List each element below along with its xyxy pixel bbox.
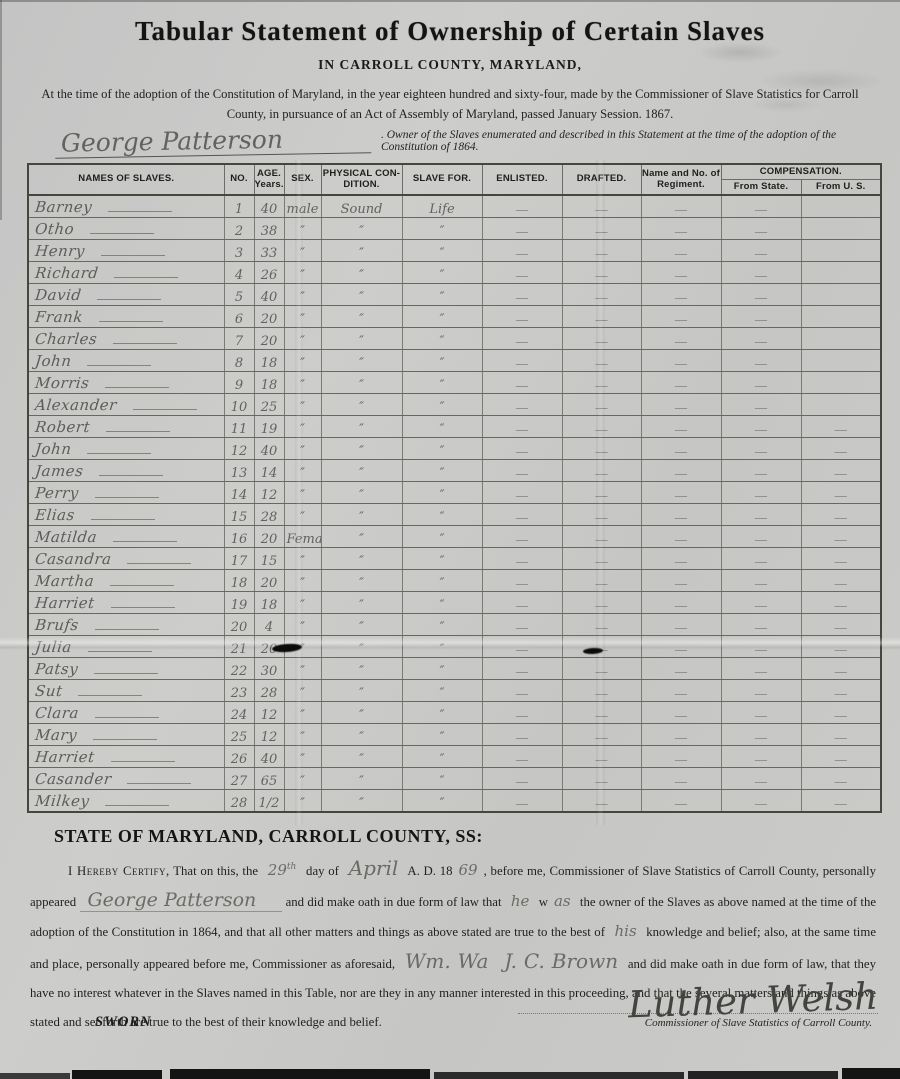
cell-drafted: — (562, 327, 641, 349)
cell-regiment: — (641, 217, 721, 239)
handwritten-year: 69 (453, 861, 484, 879)
cell-regiment: — (641, 459, 721, 481)
cell-name: Charles (28, 327, 224, 349)
cert-seg3: A. D. 18 (407, 864, 452, 878)
cell-name: Robert (28, 415, 224, 437)
cell-drafted: — (562, 217, 641, 239)
cell-age: 20 (254, 327, 284, 349)
name-flourish (88, 651, 152, 652)
cell-from-state: — (721, 437, 801, 459)
cell-condition: ″ (321, 393, 402, 415)
cell-condition: ″ (321, 459, 402, 481)
cell-enlisted: — (482, 371, 562, 393)
cell-condition: ″ (321, 503, 402, 525)
name-flourish (95, 497, 159, 498)
cell-age: 12 (254, 701, 284, 723)
cell-no: 16 (224, 525, 254, 547)
name-flourish (78, 695, 142, 696)
cell-condition: ″ (321, 349, 402, 371)
cell-enlisted: — (482, 635, 562, 657)
cell-sex: ″ (284, 371, 321, 393)
cell-sex: ″ (284, 503, 321, 525)
cell-no: 27 (224, 767, 254, 789)
name-flourish (106, 431, 170, 432)
cell-from-us: — (801, 481, 881, 503)
cell-name: Henry (28, 239, 224, 261)
cell-from-us: — (801, 437, 881, 459)
cell-condition: ″ (321, 657, 402, 679)
cell-regiment: — (641, 789, 721, 812)
cell-enlisted: — (482, 613, 562, 635)
handwritten-month: April (343, 856, 405, 880)
cell-no: 12 (224, 437, 254, 459)
name-flourish (127, 783, 191, 784)
cell-condition: ″ (321, 679, 402, 701)
cell-age: 38 (254, 217, 284, 239)
name-flourish (101, 255, 165, 256)
cell-drafted: — (562, 723, 641, 745)
col-header-regiment: Name and No. of Regiment. (641, 164, 721, 195)
cell-sex: Femal (284, 525, 321, 547)
cell-sex: ″ (284, 217, 321, 239)
cell-name: Casandra (28, 547, 224, 569)
col-header-regiment-line2: Regiment. (657, 179, 705, 190)
cell-age: 26 (254, 261, 284, 283)
cell-sex: ″ (284, 723, 321, 745)
cell-from-state: — (721, 371, 801, 393)
cell-enlisted: — (482, 525, 562, 547)
cell-from-us (801, 349, 881, 371)
table-body: Barney 1 40 male Sound Life — — — — Otho (28, 195, 881, 812)
cell-from-us (801, 327, 881, 349)
cell-sex: ″ (284, 437, 321, 459)
cell-condition: ″ (321, 635, 402, 657)
cell-from-state: — (721, 723, 801, 745)
cell-regiment: — (641, 701, 721, 723)
cell-no: 19 (224, 591, 254, 613)
cell-enlisted: — (482, 239, 562, 261)
col-header-from-us: From U. S. (801, 179, 881, 194)
cell-slave-for: ″ (402, 371, 482, 393)
cell-from-state: — (721, 767, 801, 789)
slave-table: NAMES OF SLAVES. NO. AGE. Years. SEX. PH… (27, 163, 882, 813)
cell-age: 1/2 (254, 789, 284, 812)
cell-from-us (801, 239, 881, 261)
col-header-age: AGE. Years. (254, 164, 284, 195)
table-row: John 8 18 ″ ″ ″ — — — — (28, 349, 881, 371)
cell-from-us (801, 195, 881, 218)
cell-age: 18 (254, 371, 284, 393)
cell-from-state: — (721, 305, 801, 327)
cell-no: 22 (224, 657, 254, 679)
cell-condition: ″ (321, 371, 402, 393)
cell-drafted: — (562, 745, 641, 767)
cell-no: 9 (224, 371, 254, 393)
cell-enlisted: — (482, 679, 562, 701)
cell-regiment: — (641, 525, 721, 547)
name-flourish (105, 805, 169, 806)
cell-sex: ″ (284, 547, 321, 569)
cell-regiment: — (641, 283, 721, 305)
cell-enlisted: — (482, 591, 562, 613)
cell-enlisted: — (482, 261, 562, 283)
cell-drafted: — (562, 349, 641, 371)
cell-drafted: — (562, 239, 641, 261)
name-flourish (133, 409, 197, 410)
cell-sex: ″ (284, 349, 321, 371)
cell-slave-for: ″ (402, 283, 482, 305)
owner-name-handwritten: George Patterson (55, 125, 371, 159)
cell-regiment: — (641, 371, 721, 393)
cell-name: Harriet (28, 591, 224, 613)
cell-from-us: — (801, 415, 881, 437)
name-flourish (94, 673, 158, 674)
cell-name: Brufs (28, 613, 224, 635)
cell-sex: ″ (284, 481, 321, 503)
table-row: John 12 40 ″ ″ ″ — — — — — (28, 437, 881, 459)
cell-condition: ″ (321, 789, 402, 812)
cell-slave-for: ″ (402, 481, 482, 503)
cell-condition: ″ (321, 305, 402, 327)
cell-from-us: — (801, 789, 881, 812)
name-flourish (99, 475, 163, 476)
cell-regiment: — (641, 723, 721, 745)
cert-seg6: w (539, 895, 548, 909)
cell-no: 15 (224, 503, 254, 525)
cell-regiment: — (641, 503, 721, 525)
name-flourish (127, 563, 191, 564)
cell-drafted: — (562, 613, 641, 635)
cell-name: Elias (28, 503, 224, 525)
cell-regiment: — (641, 415, 721, 437)
cell-sex: ″ (284, 261, 321, 283)
handwritten-owner-name: George Patterson (80, 889, 283, 912)
cell-drafted: — (562, 459, 641, 481)
cell-drafted: — (562, 393, 641, 415)
cell-name: Milkey (28, 789, 224, 812)
owner-line: George Patterson . Owner of the Slaves e… (55, 128, 882, 156)
cell-name: Otho (28, 217, 224, 239)
cell-condition: ″ (321, 239, 402, 261)
name-flourish (110, 585, 174, 586)
cell-sex: ″ (284, 569, 321, 591)
cell-enlisted: — (482, 415, 562, 437)
cell-sex: ″ (284, 745, 321, 767)
cell-enlisted: — (482, 283, 562, 305)
cell-sex: ″ (284, 701, 321, 723)
cell-enlisted: — (482, 459, 562, 481)
cell-regiment: — (641, 481, 721, 503)
cell-age: 20 (254, 569, 284, 591)
cell-slave-for: ″ (402, 459, 482, 481)
cell-slave-for: ″ (402, 437, 482, 459)
cell-age: 25 (254, 393, 284, 415)
col-header-age-line2: Years. (255, 179, 284, 190)
cell-no: 3 (224, 239, 254, 261)
cell-age: 30 (254, 657, 284, 679)
col-header-enlisted: ENLISTED. (482, 164, 562, 195)
cell-condition: ″ (321, 525, 402, 547)
cell-enlisted: — (482, 745, 562, 767)
certify-intro: I Hereby Certify, (68, 864, 170, 878)
cell-slave-for: ″ (402, 547, 482, 569)
cell-age: 33 (254, 239, 284, 261)
cell-drafted: — (562, 371, 641, 393)
cell-slave-for: ″ (402, 657, 482, 679)
cell-from-state: — (721, 349, 801, 371)
cell-from-us (801, 371, 881, 393)
cell-name: Patsy (28, 657, 224, 679)
handwritten-witness2: J. C. Brown (498, 949, 624, 973)
cell-from-us (801, 305, 881, 327)
cell-from-us: — (801, 547, 881, 569)
cell-enlisted: — (482, 547, 562, 569)
name-flourish (113, 343, 177, 344)
cell-regiment: — (641, 591, 721, 613)
cell-regiment: — (641, 349, 721, 371)
signature-block: Luther Welsh Commissioner of Slave Stati… (518, 984, 878, 1029)
cell-from-us: — (801, 525, 881, 547)
cell-condition: ″ (321, 481, 402, 503)
cell-age: 12 (254, 723, 284, 745)
cell-no: 4 (224, 261, 254, 283)
cell-no: 5 (224, 283, 254, 305)
table-row: Harriet 19 18 ″ ″ ″ — — — — — (28, 591, 881, 613)
slave-table-wrapper: NAMES OF SLAVES. NO. AGE. Years. SEX. PH… (27, 163, 880, 813)
handwritten-day: 29th (262, 861, 303, 879)
cell-slave-for: ″ (402, 393, 482, 415)
cell-from-us (801, 393, 881, 415)
name-flourish (99, 321, 163, 322)
cell-drafted: — (562, 591, 641, 613)
cell-condition: ″ (321, 261, 402, 283)
cell-from-us: — (801, 613, 881, 635)
cell-name: Julia (28, 635, 224, 657)
name-flourish (111, 761, 175, 762)
cell-from-state: — (721, 679, 801, 701)
cell-from-state: — (721, 195, 801, 218)
cell-age: 28 (254, 503, 284, 525)
cell-from-state: — (721, 657, 801, 679)
cell-no: 26 (224, 745, 254, 767)
cell-from-us: — (801, 723, 881, 745)
cell-name: Clara (28, 701, 224, 723)
cell-slave-for: ″ (402, 503, 482, 525)
cell-name: Harriet (28, 745, 224, 767)
document-page: Tabular Statement of Ownership of Certai… (0, 0, 900, 1079)
scan-edge-strip (0, 1065, 900, 1079)
cell-from-state: — (721, 481, 801, 503)
preamble: At the time of the adoption of the Const… (36, 85, 864, 124)
cell-name: Morris (28, 371, 224, 393)
cell-slave-for: ″ (402, 723, 482, 745)
cell-drafted: — (562, 569, 641, 591)
cell-no: 10 (224, 393, 254, 415)
cell-slave-for: ″ (402, 327, 482, 349)
cell-from-state: — (721, 239, 801, 261)
cell-condition: ″ (321, 547, 402, 569)
col-header-sex: SEX. (284, 164, 321, 195)
document-header: Tabular Statement of Ownership of Certai… (0, 16, 900, 124)
sworn-label: SWORN (95, 1014, 152, 1031)
name-flourish (95, 717, 159, 718)
table-row: Martha 18 20 ″ ″ ″ — — — — — (28, 569, 881, 591)
col-header-physical-line1: PHYSICAL CON- (323, 168, 400, 179)
cell-slave-for: ″ (402, 239, 482, 261)
cell-drafted: — (562, 305, 641, 327)
name-flourish (114, 277, 178, 278)
table-row: Barney 1 40 male Sound Life — — — — (28, 195, 881, 218)
page-title: Tabular Statement of Ownership of Certai… (0, 16, 900, 47)
cell-slave-for: ″ (402, 261, 482, 283)
name-flourish (87, 453, 151, 454)
cell-enlisted: — (482, 657, 562, 679)
cell-slave-for: ″ (402, 569, 482, 591)
cell-sex: ″ (284, 327, 321, 349)
cell-from-us: — (801, 679, 881, 701)
cell-from-state: — (721, 547, 801, 569)
cell-no: 11 (224, 415, 254, 437)
cell-from-us (801, 261, 881, 283)
cell-sex: ″ (284, 459, 321, 481)
cell-age: 20 (254, 525, 284, 547)
cell-no: 28 (224, 789, 254, 812)
cell-drafted: — (562, 283, 641, 305)
cell-name: Frank (28, 305, 224, 327)
cell-drafted: — (562, 789, 641, 812)
name-flourish (95, 629, 159, 630)
cell-no: 21 (224, 635, 254, 657)
cell-condition: ″ (321, 569, 402, 591)
cell-sex: ″ (284, 679, 321, 701)
cell-no: 6 (224, 305, 254, 327)
cell-regiment: — (641, 767, 721, 789)
cell-from-state: — (721, 613, 801, 635)
cell-age: 18 (254, 349, 284, 371)
cell-name: Matilda (28, 525, 224, 547)
cell-slave-for: ″ (402, 789, 482, 812)
cell-regiment: — (641, 635, 721, 657)
cell-slave-for: Life (402, 195, 482, 218)
cell-slave-for: ″ (402, 217, 482, 239)
cell-sex: ″ (284, 591, 321, 613)
cell-enlisted: — (482, 393, 562, 415)
cell-enlisted: — (482, 789, 562, 812)
cert-seg1: That on this, the (173, 864, 258, 878)
cell-drafted: — (562, 525, 641, 547)
cell-enlisted: — (482, 701, 562, 723)
cell-sex: ″ (284, 283, 321, 305)
cell-condition: Sound (321, 195, 402, 218)
cell-sex: ″ (284, 635, 321, 657)
cell-no: 13 (224, 459, 254, 481)
cell-from-state: — (721, 525, 801, 547)
col-header-regiment-line1: Name and No. of (642, 168, 720, 179)
cell-sex: ″ (284, 613, 321, 635)
name-flourish (108, 211, 172, 212)
cell-slave-for: ″ (402, 349, 482, 371)
cell-slave-for: ″ (402, 767, 482, 789)
cell-enlisted: — (482, 327, 562, 349)
cell-condition: ″ (321, 217, 402, 239)
cell-from-us: — (801, 701, 881, 723)
cell-age: 20 (254, 635, 284, 657)
col-header-drafted: DRAFTED. (562, 164, 641, 195)
cell-enlisted: — (482, 481, 562, 503)
cell-slave-for: ″ (402, 635, 482, 657)
cell-age: 14 (254, 459, 284, 481)
cell-from-state: — (721, 591, 801, 613)
cell-condition: ″ (321, 415, 402, 437)
cell-no: 24 (224, 701, 254, 723)
cell-from-us: — (801, 745, 881, 767)
cell-name: Richard (28, 261, 224, 283)
cell-from-state: — (721, 459, 801, 481)
cell-slave-for: ″ (402, 591, 482, 613)
cell-from-us: — (801, 591, 881, 613)
cell-from-us: — (801, 635, 881, 657)
cell-condition: ″ (321, 767, 402, 789)
cell-slave-for: ″ (402, 525, 482, 547)
cell-name: Perry (28, 481, 224, 503)
cell-no: 17 (224, 547, 254, 569)
cell-slave-for: ″ (402, 415, 482, 437)
cell-no: 20 (224, 613, 254, 635)
cell-from-state: — (721, 789, 801, 812)
cell-drafted: — (562, 701, 641, 723)
name-flourish (87, 365, 151, 366)
table-row: Matilda 16 20 Femal ″ ″ — — — — — (28, 525, 881, 547)
cell-no: 8 (224, 349, 254, 371)
cell-regiment: — (641, 195, 721, 218)
owner-caption: . Owner of the Slaves enumerated and des… (371, 129, 882, 156)
cell-from-state: — (721, 745, 801, 767)
table-row: Mary 25 12 ″ ″ ″ — — — — — (28, 723, 881, 745)
cell-name: Barney (28, 195, 224, 218)
cell-slave-for: ″ (402, 305, 482, 327)
col-header-physical: PHYSICAL CON- DITION. (321, 164, 402, 195)
cell-regiment: — (641, 239, 721, 261)
cell-age: 40 (254, 283, 284, 305)
cell-drafted: — (562, 437, 641, 459)
table-row: Clara 24 12 ″ ″ ″ — — — — — (28, 701, 881, 723)
cell-from-us: — (801, 657, 881, 679)
cell-regiment: — (641, 305, 721, 327)
col-header-no: NO. (224, 164, 254, 195)
cell-drafted: — (562, 261, 641, 283)
cell-from-us (801, 217, 881, 239)
certificate-heading: STATE OF MARYLAND, CARROLL COUNTY, SS: (54, 826, 876, 847)
cell-enlisted: — (482, 437, 562, 459)
cert-seg5: and did make oath in due form of law tha… (286, 895, 502, 909)
col-header-from-state: From State. (721, 179, 801, 194)
cell-from-us: — (801, 767, 881, 789)
cell-regiment: — (641, 613, 721, 635)
cell-from-us (801, 283, 881, 305)
cell-age: 4 (254, 613, 284, 635)
table-row: Frank 6 20 ″ ″ ″ — — — — (28, 305, 881, 327)
handwritten-as: as (548, 892, 577, 910)
cell-slave-for: ″ (402, 613, 482, 635)
cell-name: Sut (28, 679, 224, 701)
cell-regiment: — (641, 437, 721, 459)
cell-sex: ″ (284, 767, 321, 789)
table-row: Robert 11 19 ″ ″ ″ — — — — — (28, 415, 881, 437)
cell-condition: ″ (321, 701, 402, 723)
cell-drafted: — (562, 767, 641, 789)
cell-from-state: — (721, 327, 801, 349)
table-row: Patsy 22 30 ″ ″ ″ — — — — — (28, 657, 881, 679)
